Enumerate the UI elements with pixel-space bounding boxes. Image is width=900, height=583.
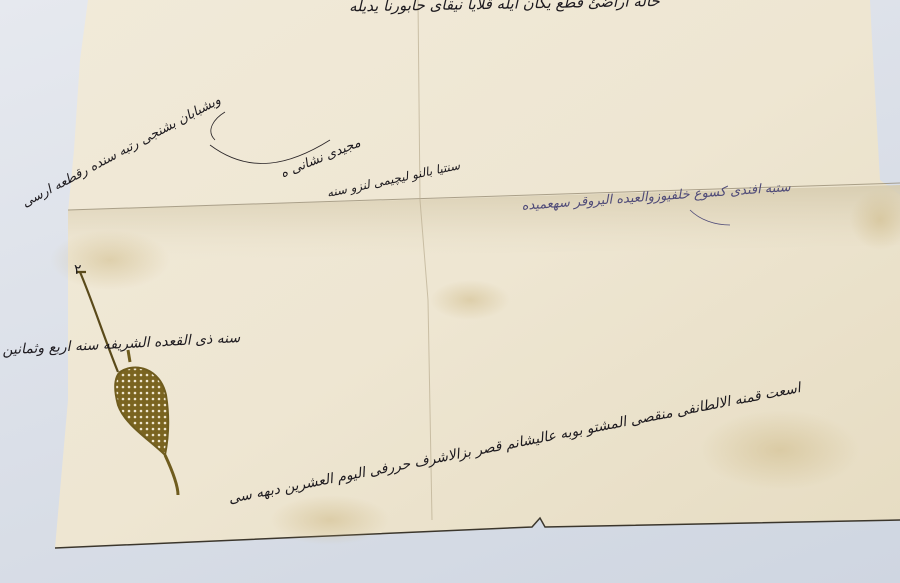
page-marker: ٢ [74, 262, 82, 278]
photo-scene: حاله اراضئ قطع یكان ایله قلایا نیقای حاب… [0, 0, 900, 583]
paper-document [0, 0, 900, 583]
